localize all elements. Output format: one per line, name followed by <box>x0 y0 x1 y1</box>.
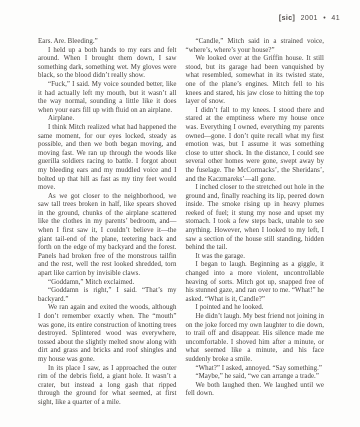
paragraph: “Fuck,” I said. My voice sounded better,… <box>38 81 177 115</box>
header-year: 2001 <box>301 15 318 22</box>
paragraph: I inched closer to the stretched out hol… <box>186 184 325 253</box>
paragraph: “Goddamn,” Mitch exclaimed. <box>38 279 177 288</box>
journal-title: [sic] <box>279 15 295 22</box>
paragraph: “Maybe,” he said, “we can arrange a trad… <box>186 373 325 382</box>
paragraph: I think Mitch realized what had happened… <box>38 124 177 193</box>
running-header: [sic] 2001 • 41 <box>279 15 340 22</box>
paragraph: It was the garage. <box>186 253 325 262</box>
paragraph: We looked over at the Griffin house. It … <box>186 55 325 107</box>
header-page-number: 41 <box>331 15 340 22</box>
paragraph: I held up a both hands to my ears and fe… <box>38 47 177 81</box>
text-body: Ears. Are. Bleeding.”I held up a both ha… <box>38 38 324 408</box>
right-column: “Candle,” Mitch said in a strained voice… <box>186 38 325 408</box>
paragraph: As we got closer to the neighborhood, we… <box>38 193 177 279</box>
header-separator-dot: • <box>323 15 326 22</box>
paragraph: We ran again and exited the woods, altho… <box>38 304 177 364</box>
paragraph: “What?” I asked, annoyed. “Say something… <box>186 365 325 374</box>
book-page: [sic] 2001 • 41 Ears. Are. Bleeding.”I h… <box>0 0 360 427</box>
paragraph: “Candle,” Mitch said in a strained voice… <box>186 38 325 55</box>
paragraph: Airplane. <box>38 115 177 124</box>
paragraph: “Goddamn is right,” I said. “That’s my b… <box>38 287 177 304</box>
paragraph: I began to laugh. Beginning as a giggle,… <box>186 261 325 304</box>
paragraph: I didn’t fall to my knees. I stood there… <box>186 107 325 184</box>
left-column: Ears. Are. Bleeding.”I held up a both ha… <box>38 38 177 408</box>
paragraph: He didn’t laugh. My best friend not join… <box>186 313 325 365</box>
paragraph: Ears. Are. Bleeding.” <box>38 38 177 47</box>
paragraph: We both laughed then. We laughed until w… <box>186 382 325 399</box>
paragraph: In its place I saw, as I approached the … <box>38 365 177 408</box>
paragraph: I pointed and he looked. <box>186 304 325 313</box>
